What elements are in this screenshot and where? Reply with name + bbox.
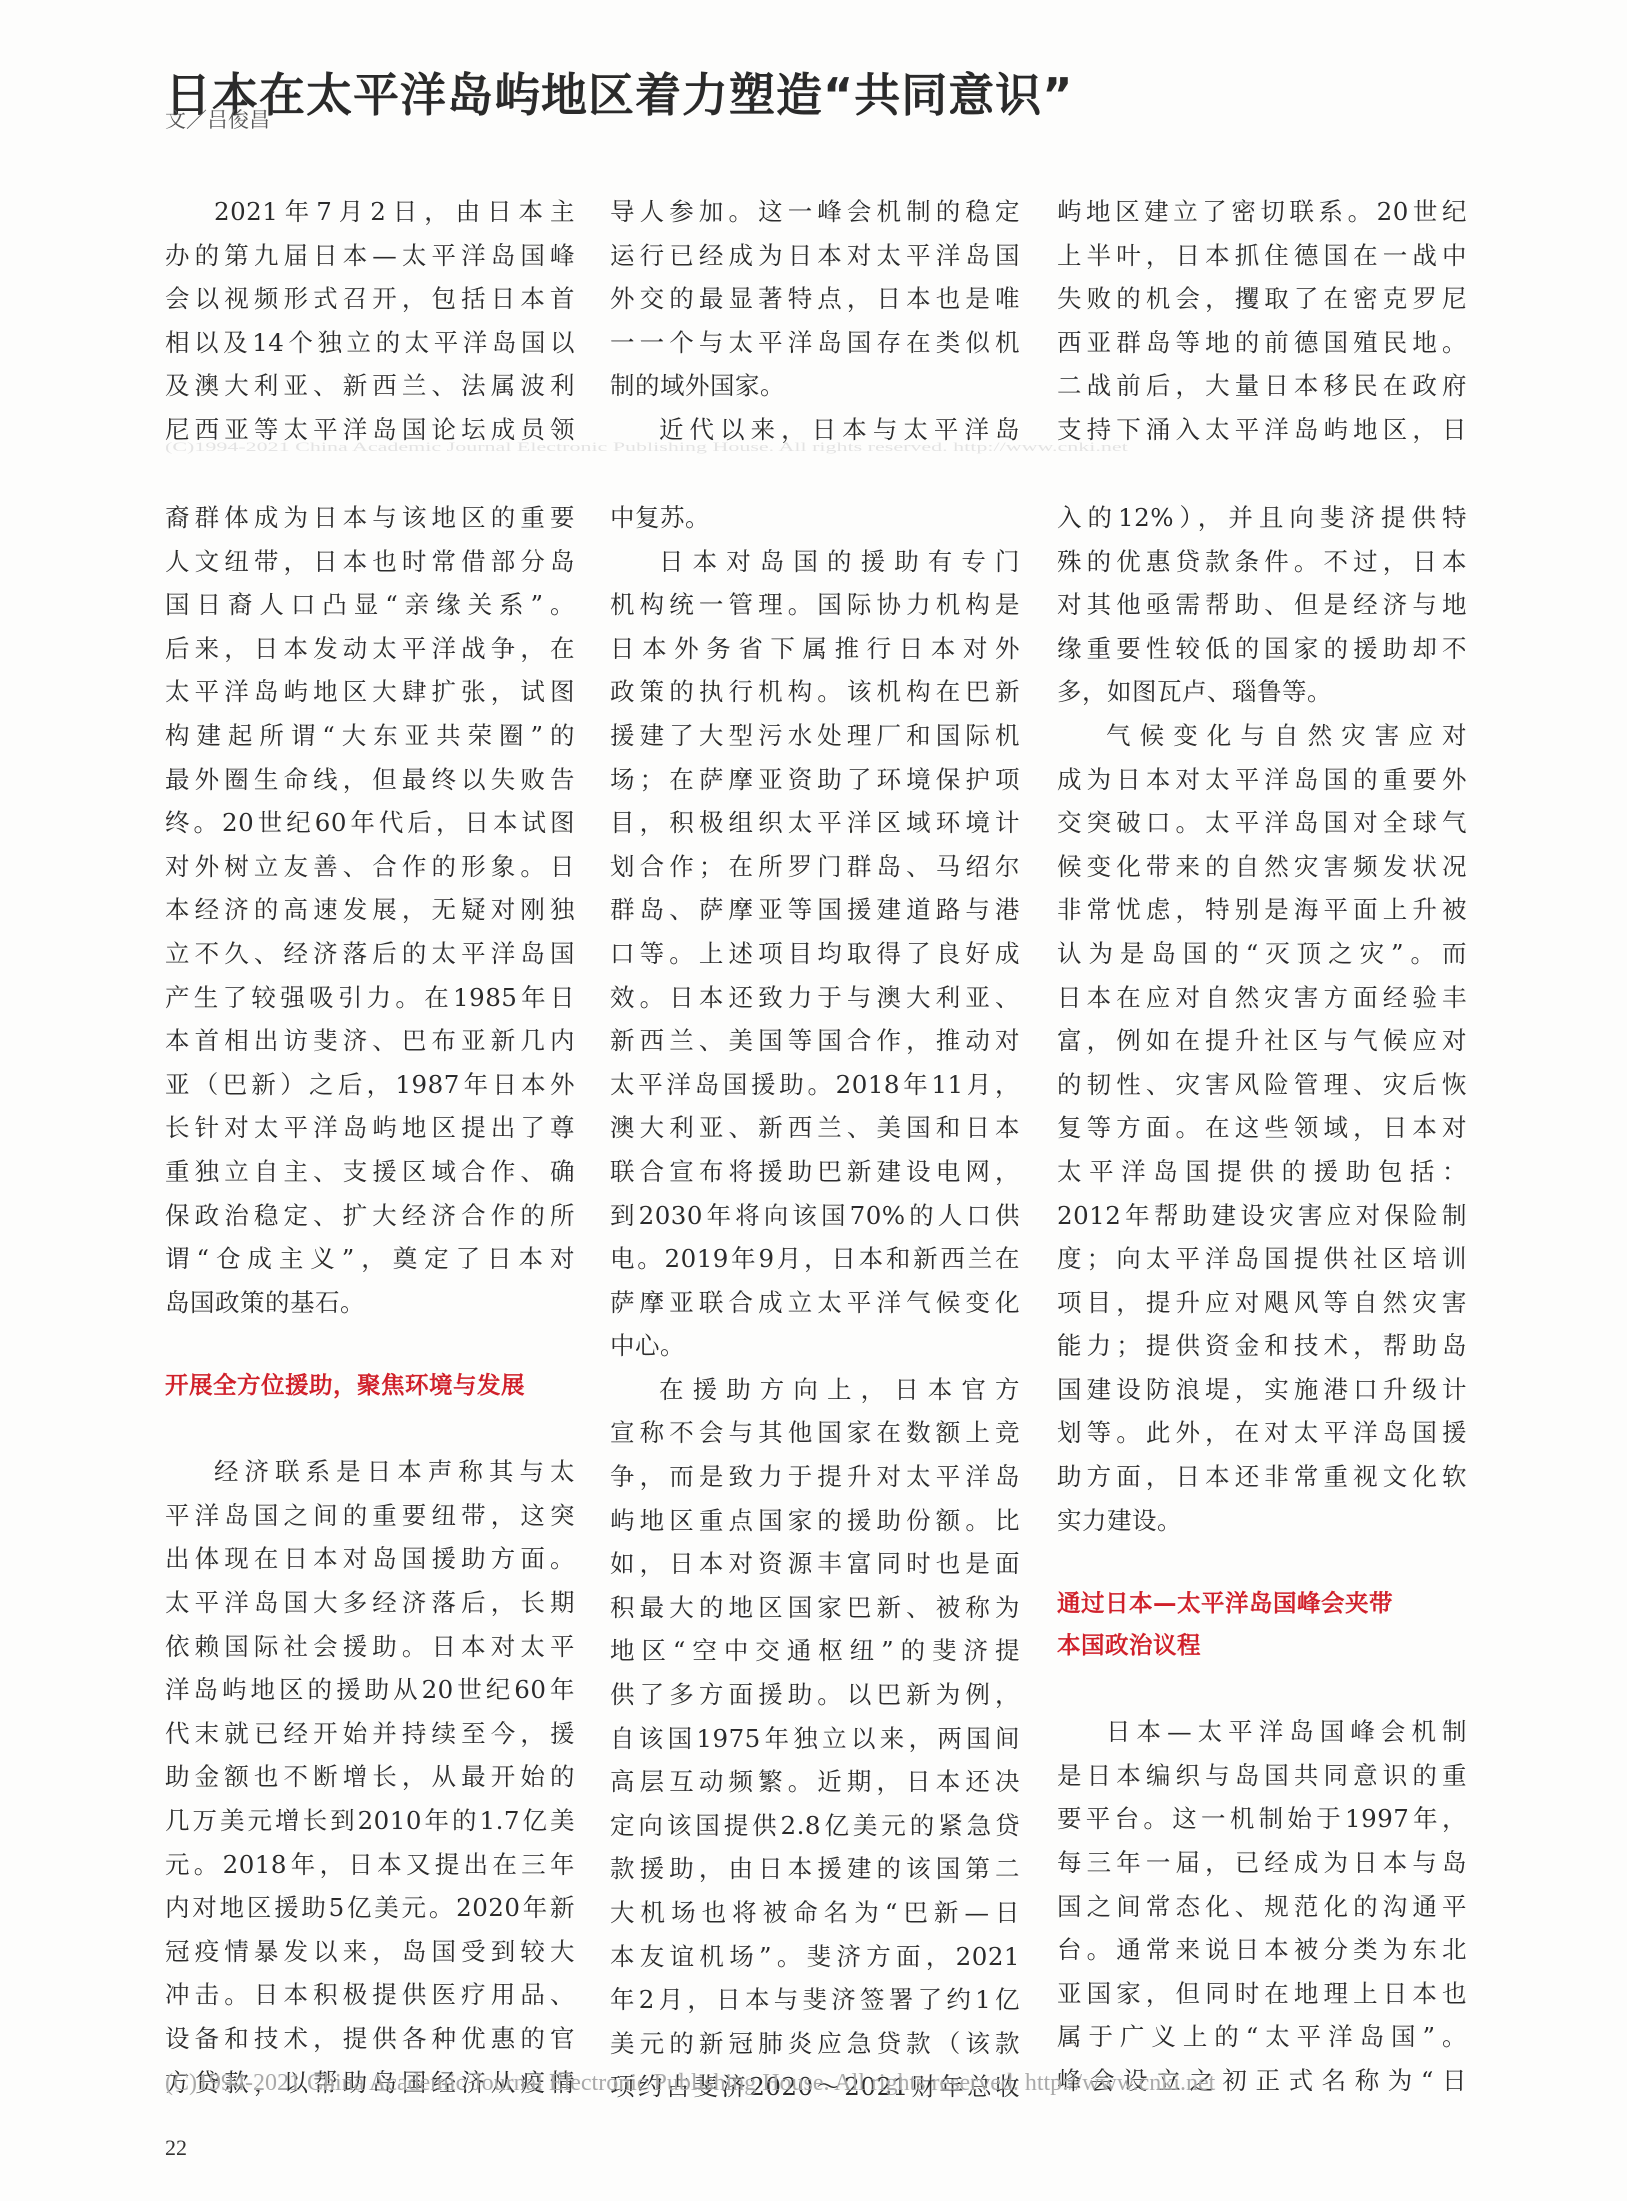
text-line: 每三年一届，已经成为日本与岛 (1057, 1841, 1467, 1885)
text-line: 到2030年将向该国70%的人口供 (610, 1194, 1020, 1238)
text-line: 亚（巴新）之后，1987年日本外 (165, 1063, 575, 1107)
text-line: 会以视频形式召开，包括日本首 (165, 277, 575, 321)
text-line: 内对地区援助5亿美元。2020年新 (165, 1886, 575, 1930)
column-1-top: 2021年7月2日，由日本主 办的第九届日本—太平洋岛国峰 会以视频形式召开，包… (165, 190, 575, 452)
text-line: 最外圈生命线，但最终以失败告 (165, 758, 575, 802)
text-line: 能力；提供资金和技术，帮助岛 (1057, 1324, 1467, 1368)
text-line: 殊的优惠贷款条件。不过，日本 (1057, 540, 1467, 584)
text-line: 岛国政策的基石。 (165, 1281, 575, 1325)
text-line: 太平洋岛国大多经济落后，长期 (165, 1581, 575, 1625)
text-line: 中心。 (610, 1324, 1020, 1368)
copyright-watermark-faded: (C)1994-2021 China Academic Journal Elec… (165, 440, 1128, 454)
text-line: 制的域外国家。 (610, 364, 1020, 408)
text-line: 成为日本对太平洋岛国的重要外 (1057, 758, 1467, 802)
column-2: 中复苏。 日本对岛国的援助有专门 机构统一管理。国际协力机构是 日本外务省下属推… (610, 496, 1020, 2109)
text-line: 缘重要性较低的国家的援助却不 (1057, 627, 1467, 671)
text-line: 度；向太平洋岛国提供社区培训 (1057, 1237, 1467, 1281)
text-line: 场；在萨摩亚资助了环境保护项 (610, 758, 1020, 802)
text-line: 非常忧虑，特别是海平面上升被 (1057, 888, 1467, 932)
text-line: 对其他亟需帮助、但是经济与地 (1057, 583, 1467, 627)
text-line: 一一个与太平洋岛国存在类似机 (610, 321, 1020, 365)
spacer (165, 1324, 575, 1364)
text-line: 目，积极组织太平洋区域环境计 (610, 801, 1020, 845)
text-line: 二战前后，大量日本移民在政府 (1057, 364, 1467, 408)
text-line: 多，如图瓦卢、瑙鲁等。 (1057, 670, 1467, 714)
text-line: 失败的机会，攫取了在密克罗尼 (1057, 277, 1467, 321)
column-2-top: 导人参加。这一峰会机制的稳定 运行已经成为日本对太平洋岛国 外交的最显著特点，日… (610, 190, 1020, 452)
text-line: 划等。此外，在对太平洋岛国援 (1057, 1411, 1467, 1455)
text-line: 援建了大型污水处理厂和国际机 (610, 714, 1020, 758)
text-line: 自该国1975年独立以来，两国间 (610, 1717, 1020, 1761)
text-line: 及澳大利亚、新西兰、法属波利 (165, 364, 575, 408)
spacer (165, 1406, 575, 1450)
text-line: 办的第九届日本—太平洋岛国峰 (165, 234, 575, 278)
main-text-band: 裔群体成为日本与该地区的重要 人文纽带，日本也时常借部分岛 国日裔人口凸显“亲缘… (0, 496, 1627, 2096)
text-line: 联合宣布将援助巴新建设电网， (610, 1150, 1020, 1194)
text-line: 立不久、经济落后的太平洋岛国 (165, 932, 575, 976)
text-line: 宣称不会与其他国家在数额上竞 (610, 1411, 1020, 1455)
text-line: 气候变化与自然灾害应对 (1057, 714, 1467, 758)
text-line: 日本外务省下属推行日本对外 (610, 627, 1020, 671)
text-line: 对外树立友善、合作的形象。日 (165, 845, 575, 889)
text-line: 后来，日本发动太平洋战争，在 (165, 627, 575, 671)
text-line: 大机场也将被命名为“巴新—日 (610, 1891, 1020, 1935)
text-line: 上半叶，日本抓住德国在一战中 (1057, 234, 1467, 278)
text-line: 地区“空中交通枢纽”的斐济提 (610, 1629, 1020, 1673)
text-line: 本经济的高速发展，无疑对刚独 (165, 888, 575, 932)
text-line: 国之间常态化、规范化的沟通平 (1057, 1885, 1467, 1929)
text-line: 日本在应对自然灾害方面经验丰 (1057, 976, 1467, 1020)
text-line: 谓“仓成主义”，奠定了日本对 (165, 1237, 575, 1281)
text-line: 政策的执行机构。该机构在巴新 (610, 670, 1020, 714)
text-line: 太平洋岛屿地区大肆扩张，试图 (165, 670, 575, 714)
text-line: 本首相出访斐济、巴布亚新几内 (165, 1019, 575, 1063)
byline: 文／吕俊昌 (165, 104, 270, 134)
page-number: 22 (165, 2135, 187, 2161)
section-heading-aid: 开展全方位援助，聚焦环境与发展 (165, 1364, 575, 1406)
text-line: 效。日本还致力于与澳大利亚、 (610, 976, 1020, 1020)
text-line: 运行已经成为日本对太平洋岛国 (610, 234, 1020, 278)
text-line: 助金额也不断增长，从最开始的 (165, 1755, 575, 1799)
text-line: 认为是岛国的“灭顶之灾”。而 (1057, 932, 1467, 976)
text-line: 终。20世纪60年代后，日本试图 (165, 801, 575, 845)
text-line: 台。通常来说日本被分类为东北 (1057, 1928, 1467, 1972)
text-line: 代末就已经开始并持续至今，援 (165, 1712, 575, 1756)
section-heading-line: 本国政治议程 (1057, 1624, 1467, 1666)
section-heading-summit: 通过日本—太平洋岛国峰会夹带 本国政治议程 (1057, 1582, 1467, 1666)
text-line: 交突破口。太平洋岛国对全球气 (1057, 801, 1467, 845)
text-line: 元。2018年，日本又提出在三年 (165, 1843, 575, 1887)
text-line: 太平洋岛国提供的援助包括： (1057, 1150, 1467, 1194)
text-line: 屿地区建立了密切联系。20世纪 (1057, 190, 1467, 234)
spacer (1057, 1542, 1467, 1582)
text-line: 亚国家，但同时在地理上日本也 (1057, 1972, 1467, 2016)
text-line: 助方面，日本还非常重视文化软 (1057, 1455, 1467, 1499)
text-line: 冲击。日本积极提供医疗用品、 (165, 1973, 575, 2017)
text-line: 的韧性、灾害风险管理、灾后恢 (1057, 1063, 1467, 1107)
text-line: 中复苏。 (610, 496, 1020, 540)
text-line: 复等方面。在这些领域，日本对 (1057, 1106, 1467, 1150)
text-line: 要平台。这一机制始于1997年， (1057, 1797, 1467, 1841)
text-line: 高层互动频繁。近期，日本还决 (610, 1760, 1020, 1804)
text-line: 入的12%），并且向斐济提供特 (1057, 496, 1467, 540)
text-line: 出体现在日本对岛国援助方面。 (165, 1537, 575, 1581)
text-line: 冠疫情暴发以来，岛国受到较大 (165, 1930, 575, 1974)
text-line: 争，而是致力于提升对太平洋岛 (610, 1455, 1020, 1499)
text-line: 是日本编织与岛国共同意识的重 (1057, 1754, 1467, 1798)
copyright-watermark: (C)1994-2021 China Academic Journal Elec… (165, 2070, 1215, 2097)
column-3-top: 屿地区建立了密切联系。20世纪 上半叶，日本抓住德国在一战中 失败的机会，攫取了… (1057, 190, 1467, 452)
text-line: 屿地区重点国家的援助份额。比 (610, 1499, 1020, 1543)
text-line: 构建起所谓“大东亚共荣圈”的 (165, 714, 575, 758)
column-1: 裔群体成为日本与该地区的重要 人文纽带，日本也时常借部分岛 国日裔人口凸显“亲缘… (165, 496, 575, 2104)
top-text-band: 2021年7月2日，由日本主 办的第九届日本—太平洋岛国峰 会以视频形式召开，包… (0, 190, 1627, 452)
text-line: 2021年7月2日，由日本主 (165, 190, 575, 234)
text-line: 国建设防浪堤，实施港口升级计 (1057, 1368, 1467, 1412)
text-line: 属于广义上的“太平洋岛国”。 (1057, 2015, 1467, 2059)
text-line: 几万美元增长到2010年的1.7亿美 (165, 1799, 575, 1843)
text-line: 平洋岛国之间的重要纽带，这突 (165, 1494, 575, 1538)
text-line: 候变化带来的自然灾害频发状况 (1057, 845, 1467, 889)
text-line: 人文纽带，日本也时常借部分岛 (165, 540, 575, 584)
text-line: 如，日本对资源丰富同时也是面 (610, 1542, 1020, 1586)
text-line: 积最大的地区国家巴新、被称为 (610, 1586, 1020, 1630)
section-heading-line: 通过日本—太平洋岛国峰会夹带 (1057, 1582, 1467, 1624)
text-line: 口等。上述项目均取得了良好成 (610, 932, 1020, 976)
text-line: 萨摩亚联合成立太平洋气候变化 (610, 1281, 1020, 1325)
text-line: 裔群体成为日本与该地区的重要 (165, 496, 575, 540)
text-line: 美元的新冠肺炎应急贷款（该款 (610, 2022, 1020, 2066)
text-line: 相以及14个独立的太平洋岛国以 (165, 321, 575, 365)
text-line: 机构统一管理。国际协力机构是 (610, 583, 1020, 627)
text-line: 年2月，日本与斐济签署了约1亿 (610, 1978, 1020, 2022)
text-line: 日本对岛国的援助有专门 (610, 540, 1020, 584)
text-line: 国日裔人口凸显“亲缘关系”。 (165, 583, 575, 627)
text-line: 实力建设。 (1057, 1499, 1467, 1543)
text-line: 外交的最显著特点，日本也是唯 (610, 277, 1020, 321)
text-line: 定向该国提供2.8亿美元的紧急贷 (610, 1804, 1020, 1848)
text-line: 电。2019年9月，日本和新西兰在 (610, 1237, 1020, 1281)
text-line: 款援助，由日本援建的该国第二 (610, 1847, 1020, 1891)
text-line: 太平洋岛国援助。2018年11月， (610, 1063, 1020, 1107)
text-line: 富，例如在提升社区与气候应对 (1057, 1019, 1467, 1063)
text-line: 设备和技术，提供各种优惠的官 (165, 2017, 575, 2061)
column-3: 入的12%），并且向斐济提供特 殊的优惠贷款条件。不过，日本 对其他亟需帮助、但… (1057, 496, 1467, 2103)
text-line: 划合作；在所罗门群岛、马绍尔 (610, 845, 1020, 889)
text-line: 在援助方向上，日本官方 (610, 1368, 1020, 1412)
article-title: 日本在太平洋岛屿地区着力塑造“共同意识” (165, 59, 1073, 125)
text-line: 日本—太平洋岛国峰会机制 (1057, 1710, 1467, 1754)
text-line: 洋岛屿地区的援助从20世纪60年 (165, 1668, 575, 1712)
text-line: 供了多方面援助。以巴新为例， (610, 1673, 1020, 1717)
text-line: 保政治稳定、扩大经济合作的所 (165, 1194, 575, 1238)
text-line: 新西兰、美国等国合作，推动对 (610, 1019, 1020, 1063)
spacer (1057, 1666, 1467, 1710)
text-line: 产生了较强吸引力。在1985年日 (165, 976, 575, 1020)
text-line: 澳大利亚、新西兰、美国和日本 (610, 1106, 1020, 1150)
text-line: 西亚群岛等地的前德国殖民地。 (1057, 321, 1467, 365)
text-line: 项目，提升应对飓风等自然灾害 (1057, 1281, 1467, 1325)
text-line: 长针对太平洋岛屿地区提出了尊 (165, 1106, 575, 1150)
text-line: 经济联系是日本声称其与太 (165, 1450, 575, 1494)
text-line: 群岛、萨摩亚等国援建道路与港 (610, 888, 1020, 932)
text-line: 依赖国际社会援助。日本对太平 (165, 1625, 575, 1669)
text-line: 重独立自主、支援区域合作、确 (165, 1150, 575, 1194)
text-line: 导人参加。这一峰会机制的稳定 (610, 190, 1020, 234)
text-line: 2012年帮助建设灾害应对保险制 (1057, 1194, 1467, 1238)
text-line: 本友谊机场”。斐济方面，2021 (610, 1935, 1020, 1979)
